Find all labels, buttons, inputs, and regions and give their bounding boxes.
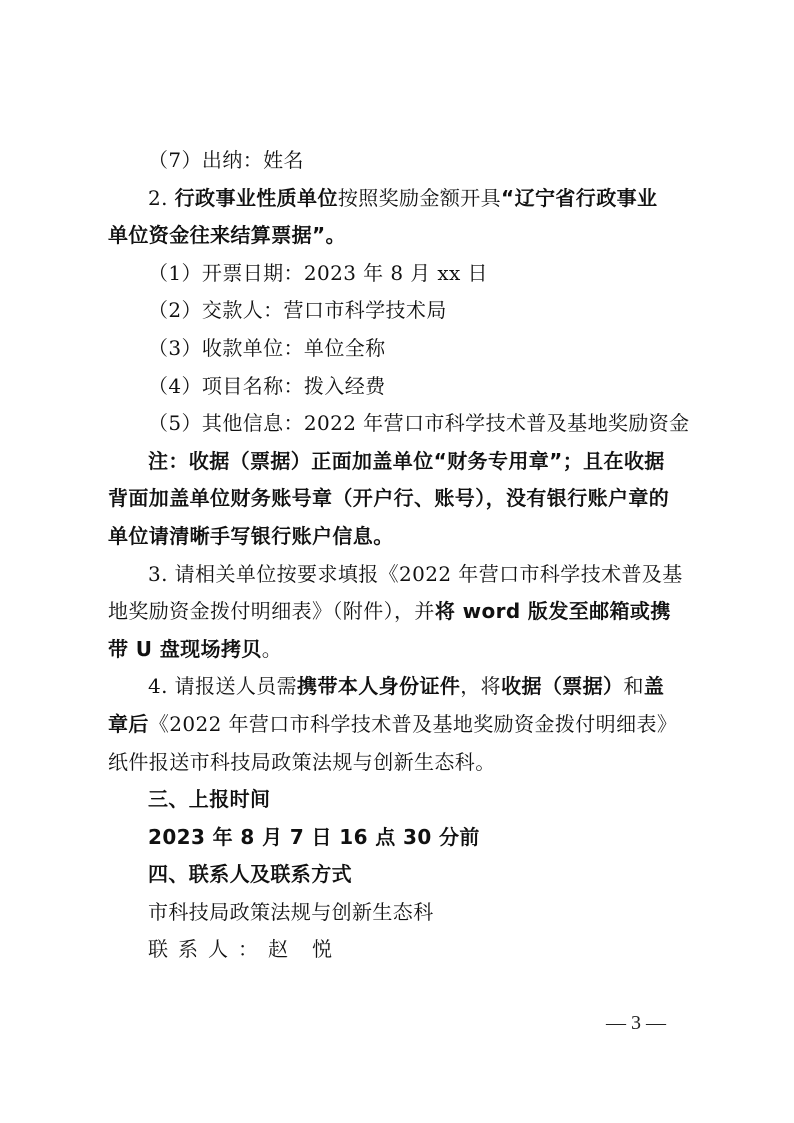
section-3-line-2-text: 地奖励资金拨付明细表》（附件），并 xyxy=(108,599,435,623)
department: 市科技局政策法规与创新生态科 xyxy=(108,894,696,932)
section-4-text-1: 请报送人员需 xyxy=(175,674,297,698)
section-2-quote-2: 单位资金往来结算票据”。 xyxy=(108,223,346,247)
item-7: （7）出纳：姓名 xyxy=(108,142,696,180)
section-4-bold-1: 携带本人身份证件 xyxy=(297,674,460,698)
section-4-text-3: 和 xyxy=(623,674,643,698)
section-3-line-3-end: 。 xyxy=(262,637,282,661)
section-4-number: 4. xyxy=(148,674,175,698)
section-2-paragraph: 2. 行政事业性质单位按照奖励金额开具“辽宁省行政事业单位资金往来结算票据”。 xyxy=(108,180,696,255)
contact-label: 联系人： xyxy=(148,937,268,961)
section-2-number: 2. xyxy=(148,186,175,210)
deadline: 2023 年 8 月 7 日 16 点 30 分前 xyxy=(108,819,696,857)
item-3-payee: （3）收款单位：单位全称 xyxy=(108,330,696,368)
heading-contact: 四、联系人及联系方式 xyxy=(108,856,696,894)
section-4-line-2: 章后《2022 年营口市科学技术普及基地奖励资金拨付明细表》 xyxy=(108,706,696,744)
contact-person: 联系人：赵 悦 xyxy=(108,931,696,969)
item-4-project-name: （4）项目名称：拨入经费 xyxy=(108,368,696,406)
document-page: （7）出纳：姓名 2. 行政事业性质单位按照奖励金额开具“辽宁省行政事业单位资金… xyxy=(108,142,696,969)
page-number: — 3 — xyxy=(606,1012,666,1035)
note-line-3: 单位请清晰手写银行账户信息。 xyxy=(108,518,696,556)
section-2-bold-lead: 行政事业性质单位 xyxy=(175,186,338,210)
section-4-text-2: ，将 xyxy=(460,674,501,698)
section-4-bold-2: 收据（票据） xyxy=(501,674,623,698)
section-4-line-2-text: 《2022 年营口市科学技术普及基地奖励资金拨付明细表》 xyxy=(149,712,677,736)
section-3-line-2: 地奖励资金拨付明细表》（附件），并将 word 版发至邮箱或携 xyxy=(108,593,696,631)
section-3-line-1: 3. 请相关单位按要求填报《2022 年营口市科学技术普及基 xyxy=(108,556,696,594)
item-2-payer: （2）交款人：营口市科学技术局 xyxy=(108,292,696,330)
section-4-bold-3: 盖 xyxy=(644,674,664,698)
note-line-2: 背面加盖单位财务账号章（开户行、账号），没有银行账户章的 xyxy=(108,480,696,518)
section-4-line-3: 纸件报送市科技局政策法规与创新生态科。 xyxy=(108,744,696,782)
contact-name: 赵 悦 xyxy=(268,937,334,961)
section-4-line-1: 4. 请报送人员需携带本人身份证件，将收据（票据）和盖 xyxy=(108,668,696,706)
item-5-other-info: （5）其他信息：2022 年营口市科学技术普及基地奖励资金 xyxy=(108,405,696,443)
item-1-invoice-date: （1）开票日期：2023 年 8 月 xx 日 xyxy=(108,255,696,293)
section-3-line-2-bold: 将 word 版发至邮箱或携 xyxy=(435,599,671,623)
section-3-line-3: 带 U 盘现场拷贝。 xyxy=(108,631,696,669)
section-2-text: 按照奖励金额开具 xyxy=(338,186,501,210)
section-3-line-3-bold: 带 U 盘现场拷贝 xyxy=(108,637,262,661)
note-line-1: 注：收据（票据）正面加盖单位“财务专用章”；且在收据 xyxy=(108,443,696,481)
heading-report-time: 三、上报时间 xyxy=(108,781,696,819)
section-4-line-2-bold: 章后 xyxy=(108,712,149,736)
section-2-quote-1: “辽宁省行政事业 xyxy=(501,186,657,210)
